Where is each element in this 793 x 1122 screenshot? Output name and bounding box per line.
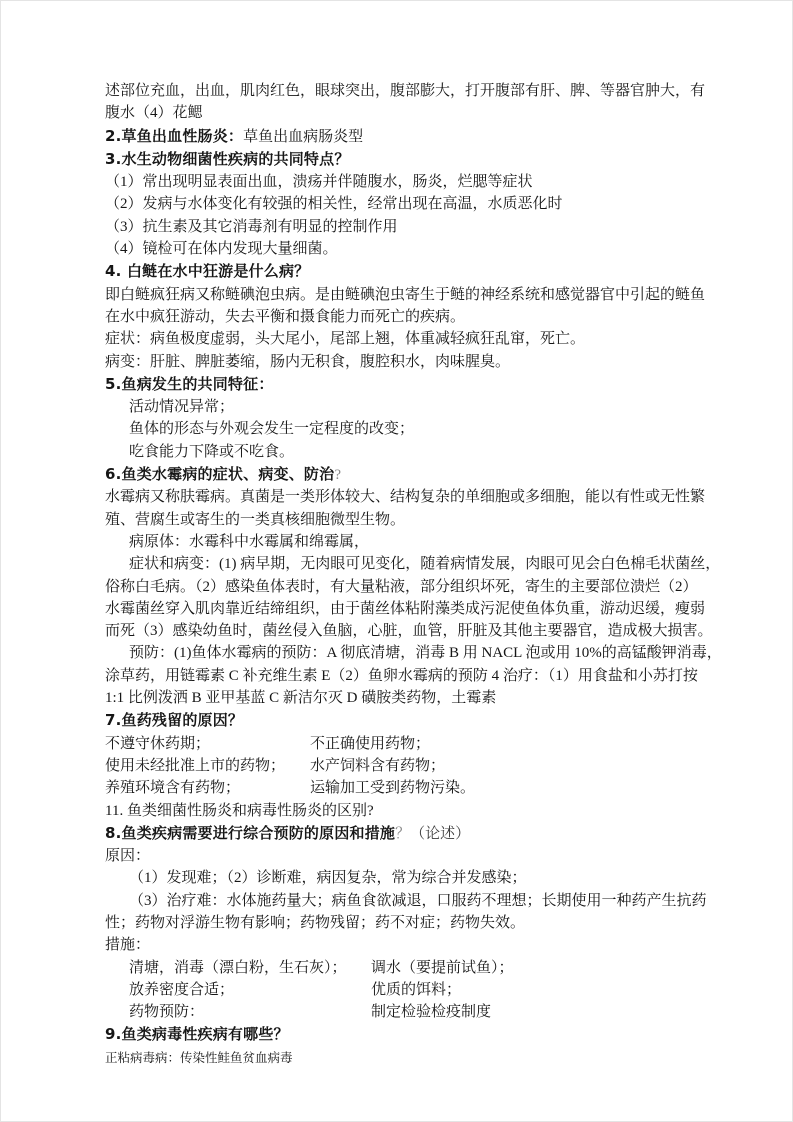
question-heading-5: 5.鱼病发生的共同特征： xyxy=(105,373,705,396)
text-line: 病变：肝脏、脾脏萎缩，肠内无积食，腹腔积水，肉味腥臭。 xyxy=(105,351,705,373)
text-run: 在水中疯狂游动，失去平衡和摄食能力而死亡的疾病。 xyxy=(105,309,465,325)
text-run: 优质的饵料； xyxy=(371,982,461,998)
text-line: （3）治疗难：水体施药量大；病鱼食欲减退，口服药不理想；长期使用一种药产生抗药 xyxy=(105,890,705,912)
right-column-text: 不正确使用药物； xyxy=(310,733,430,755)
text-line: 殖、营腐生或寄生的一类真核细胞微型生物。 xyxy=(105,509,705,531)
right-column-text: 调水（要提前试鱼）； xyxy=(371,957,514,979)
text-run: 调水（要提前试鱼）； xyxy=(371,960,514,976)
text-run: （4）镜检可在体内发现大量细菌。 xyxy=(105,241,338,257)
text-run: 涂草药，用链霉素 C 补充维生素 E（2）鱼卵水霉病的预防 4 治疗：（1）用食… xyxy=(105,668,698,684)
text-run: 活动情况异常； xyxy=(129,399,234,415)
right-column-text: 水产饲料含有药物； xyxy=(310,755,445,777)
text-run: 清塘，消毒（漂白粉，生石灰）； xyxy=(129,960,347,976)
document-page: 述部位充血，出血，肌肉红色，眼球突出，腹部膨大，打开腹部有肝、脾、等器官肿大，有… xyxy=(0,0,793,1122)
text-line: 措施： xyxy=(105,934,705,956)
text-run: 即白鲢疯狂病又称鲢碘泡虫病。是由鲢碘泡虫寄生于鲢的神经系统和感觉器官中引起的鲢鱼 xyxy=(105,287,705,303)
text-run: 不遵守休药期； xyxy=(105,736,210,752)
text-line: （1）常出现明显表面出血，溃疡并伴随腹水，肠炎，烂腮等症状 xyxy=(105,171,705,193)
text-run: 不正确使用药物； xyxy=(310,736,430,752)
text-line: 吃食能力下降或不吃食。 xyxy=(105,441,705,463)
text-run: 水霉菌丝穿入肌肉靠近结缔组织，由于菌丝体粘附藻类成污泥使鱼体负重，游动迟缓，瘦弱 xyxy=(105,601,705,617)
text-line: 水霉病又称肤霉病。真菌是一类形体较大、结构复杂的单细胞或多细胞，能以有性或无性繁 xyxy=(105,486,705,508)
text-run: 药物预防： xyxy=(129,1004,204,1020)
text-line: 11. 鱼类细菌性肠炎和病毒性肠炎的区别? xyxy=(105,800,705,822)
text-run: 制定检验检疫制度 xyxy=(371,1004,491,1020)
text-line: 腹水（4）花鳃 xyxy=(105,102,705,124)
text-run: 措施： xyxy=(105,937,150,953)
text-block: 述部位充血，出血，肌肉红色，眼球突出，腹部膨大，打开腹部有肝、脾、等器官肿大，有… xyxy=(105,80,705,1069)
text-line: 活动情况异常； xyxy=(105,396,705,418)
text-line: 使用未经批准上市的药物；水产饲料含有药物； xyxy=(105,755,705,777)
text-run: 养殖环境含有药物； xyxy=(105,780,240,796)
heading-text-run: 3.水生动物细菌性疾病的共同特点？ xyxy=(105,150,350,168)
text-run: ? xyxy=(334,467,341,483)
question-heading-9: 9.鱼类病毒性疾病有哪些？ xyxy=(105,1023,705,1046)
question-heading-8: 8.鱼类疾病需要进行综合预防的原因和措施？（论述） xyxy=(105,822,705,845)
text-line: 在水中疯狂游动，失去平衡和摄食能力而死亡的疾病。 xyxy=(105,306,705,328)
text-run: 11. 鱼类细菌性肠炎和病毒性肠炎的区别? xyxy=(105,803,374,819)
text-run: （3）抗生素及其它消毒剂有明显的控制作用 xyxy=(105,219,398,235)
text-run: （3）治疗难：水体施药量大；病鱼食欲减退，口服药不理想；长期使用一种药产生抗药 xyxy=(129,893,707,909)
text-line: （1）发现难；（2）诊断难，病因复杂，常为综合并发感染； xyxy=(105,867,705,889)
question-heading-4: 4. 白鲢在水中狂游是什么病？ xyxy=(105,260,705,283)
text-run: 水霉病又称肤霉病。真菌是一类形体较大、结构复杂的单细胞或多细胞，能以有性或无性繁 xyxy=(105,489,705,505)
text-run: 症状和病变：(1) 病早期，无肉眼可见变化，随着病情发展，肉眼可见会白色棉毛状菌… xyxy=(129,556,720,572)
text-run: 腹水（4）花鳃 xyxy=(105,105,203,121)
text-line: 不遵守休药期；不正确使用药物； xyxy=(105,733,705,755)
heading-text-run: 8.鱼类疾病需要进行综合预防的原因和措施 xyxy=(105,824,395,842)
text-line: 即白鲢疯狂病又称鲢碘泡虫病。是由鲢碘泡虫寄生于鲢的神经系统和感觉器官中引起的鲢鱼 xyxy=(105,284,705,306)
text-line: 放养密度合适；优质的饵料； xyxy=(105,979,705,1001)
text-run: 病变：肝脏、脾脏萎缩，肠内无积食，腹腔积水，肉味腥臭。 xyxy=(105,354,510,370)
heading-text-run: 7.鱼药残留的原因？ xyxy=(105,711,243,729)
question-heading-3: 3.水生动物细菌性疾病的共同特点？ xyxy=(105,148,705,171)
text-line: 症状：病鱼极度虚弱，头大尾小，尾部上翘，体重减轻疯狂乱窜，死亡。 xyxy=(105,328,705,350)
text-line: 而死（3）感染幼鱼时，菌丝侵入鱼脑，心脏，血管，肝脏及其他主要器官，造成极大损害… xyxy=(105,620,705,642)
question-heading-7: 7.鱼药残留的原因？ xyxy=(105,709,705,732)
text-line: 述部位充血，出血，肌肉红色，眼球突出，腹部膨大，打开腹部有肝、脾、等器官肿大，有 xyxy=(105,80,705,102)
text-line: 涂草药，用链霉素 C 补充维生素 E（2）鱼卵水霉病的预防 4 治疗：（1）用食… xyxy=(105,665,705,687)
text-run: （1）常出现明显表面出血，溃疡并伴随腹水，肠炎，烂腮等症状 xyxy=(105,174,533,190)
text-line: 原因： xyxy=(105,845,705,867)
text-run: 病原体：水霉科中水霉属和绵霉属， xyxy=(129,534,369,550)
heading-text-run: 4. 白鲢在水中狂游是什么病？ xyxy=(105,262,309,280)
heading-text-run: 2.草鱼出血性肠炎： xyxy=(105,127,243,145)
text-run: 放养密度合适； xyxy=(129,982,234,998)
right-column-text: 优质的饵料； xyxy=(371,979,461,1001)
question-heading-6: 6.鱼类水霉病的症状、病变、防治? xyxy=(105,463,705,486)
text-line: （4）镜检可在体内发现大量细菌。 xyxy=(105,238,705,260)
text-run: 述部位充血，出血，肌肉红色，眼球突出，腹部膨大，打开腹部有肝、脾、等器官肿大，有 xyxy=(105,83,705,99)
text-run: （1）发现难；（2）诊断难，病因复杂，常为综合并发感染； xyxy=(129,870,527,886)
text-line: 药物预防：制定检验检疫制度 xyxy=(105,1001,705,1023)
text-run: 俗称白毛病。（2）感染鱼体表时，有大量粘液，部分组织坏死，寄生的主要部位溃烂（2… xyxy=(105,579,698,595)
text-run: 吃食能力下降或不吃食。 xyxy=(129,444,294,460)
text-line: 预防：(1)鱼体水霉病的预防：A 彻底清塘，消毒 B 用 NACL 泡或用 10… xyxy=(105,642,705,664)
text-line: （2）发病与水体变化有较强的相关性，经常出现在高温，水质恶化时 xyxy=(105,193,705,215)
text-run: 使用未经批准上市的药物； xyxy=(105,758,285,774)
right-column-text: 运输加工受到药物污染。 xyxy=(310,777,475,799)
text-line: 清塘，消毒（漂白粉，生石灰）；调水（要提前试鱼）； xyxy=(105,957,705,979)
text-run: 草鱼出血病肠炎型 xyxy=(243,129,363,145)
text-run: 而死（3）感染幼鱼时，菌丝侵入鱼脑，心脏，血管，肝脏及其他主要器官，造成极大损害… xyxy=(105,623,713,639)
text-line: 症状和病变：(1) 病早期，无肉眼可见变化，随着病情发展，肉眼可见会白色棉毛状菌… xyxy=(105,553,705,575)
text-line: （3）抗生素及其它消毒剂有明显的控制作用 xyxy=(105,216,705,238)
text-line: 俗称白毛病。（2）感染鱼体表时，有大量粘液，部分组织坏死，寄生的主要部位溃烂（2… xyxy=(105,576,705,598)
text-run: 正粘病毒病：传染性鲑鱼贫血病毒 xyxy=(105,1051,293,1065)
text-line: 水霉菌丝穿入肌肉靠近结缔组织，由于菌丝体粘附藻类成污泥使鱼体负重，游动迟缓，瘦弱 xyxy=(105,598,705,620)
text-run: 症状：病鱼极度虚弱，头大尾小，尾部上翘，体重减轻疯狂乱窜，死亡。 xyxy=(105,331,585,347)
right-column-text: 制定检验检疫制度 xyxy=(371,1001,491,1023)
heading-text-run: 9.鱼类病毒性疾病有哪些？ xyxy=(105,1025,289,1043)
text-line: 鱼体的形态与外观会发生一定程度的改变； xyxy=(105,418,705,440)
text-run: 鱼体的形态与外观会发生一定程度的改变； xyxy=(129,421,414,437)
text-line: 养殖环境含有药物；运输加工受到药物污染。 xyxy=(105,777,705,799)
text-run: 殖、营腐生或寄生的一类真核细胞微型生物。 xyxy=(105,512,405,528)
text-run: （论述） xyxy=(410,826,470,842)
text-run: 水产饲料含有药物； xyxy=(310,758,445,774)
text-run: 1:1 比例泼洒 B 亚甲基蓝 C 新洁尔灭 D 磺胺类药物，土霉素 xyxy=(105,690,496,706)
text-line: 性；药物对浮游生物有影响；药物残留；药不对症；药物失效。 xyxy=(105,912,705,934)
text-line: 1:1 比例泼洒 B 亚甲基蓝 C 新洁尔灭 D 磺胺类药物，土霉素 xyxy=(105,687,705,709)
question-heading-2: 2.草鱼出血性肠炎：草鱼出血病肠炎型 xyxy=(105,125,705,148)
text-run: 原因： xyxy=(105,848,150,864)
text-run: 性；药物对浮游生物有影响；药物残留；药不对症；药物失效。 xyxy=(105,915,525,931)
text-run: 运输加工受到药物污染。 xyxy=(310,780,475,796)
heading-text-run: 5.鱼病发生的共同特征： xyxy=(105,375,274,393)
text-run: （2）发病与水体变化有较强的相关性，经常出现在高温，水质恶化时 xyxy=(105,196,563,212)
text-run: ？ xyxy=(395,826,410,842)
heading-text-run: 6.鱼类水霉病的症状、病变、防治 xyxy=(105,465,334,483)
text-run: 预防：(1)鱼体水霉病的预防：A 彻底清塘，消毒 B 用 NACL 泡或用 10… xyxy=(129,645,722,661)
text-line: 病原体：水霉科中水霉属和绵霉属， xyxy=(105,531,705,553)
text-line: 正粘病毒病：传染性鲑鱼贫血病毒 xyxy=(105,1047,705,1069)
